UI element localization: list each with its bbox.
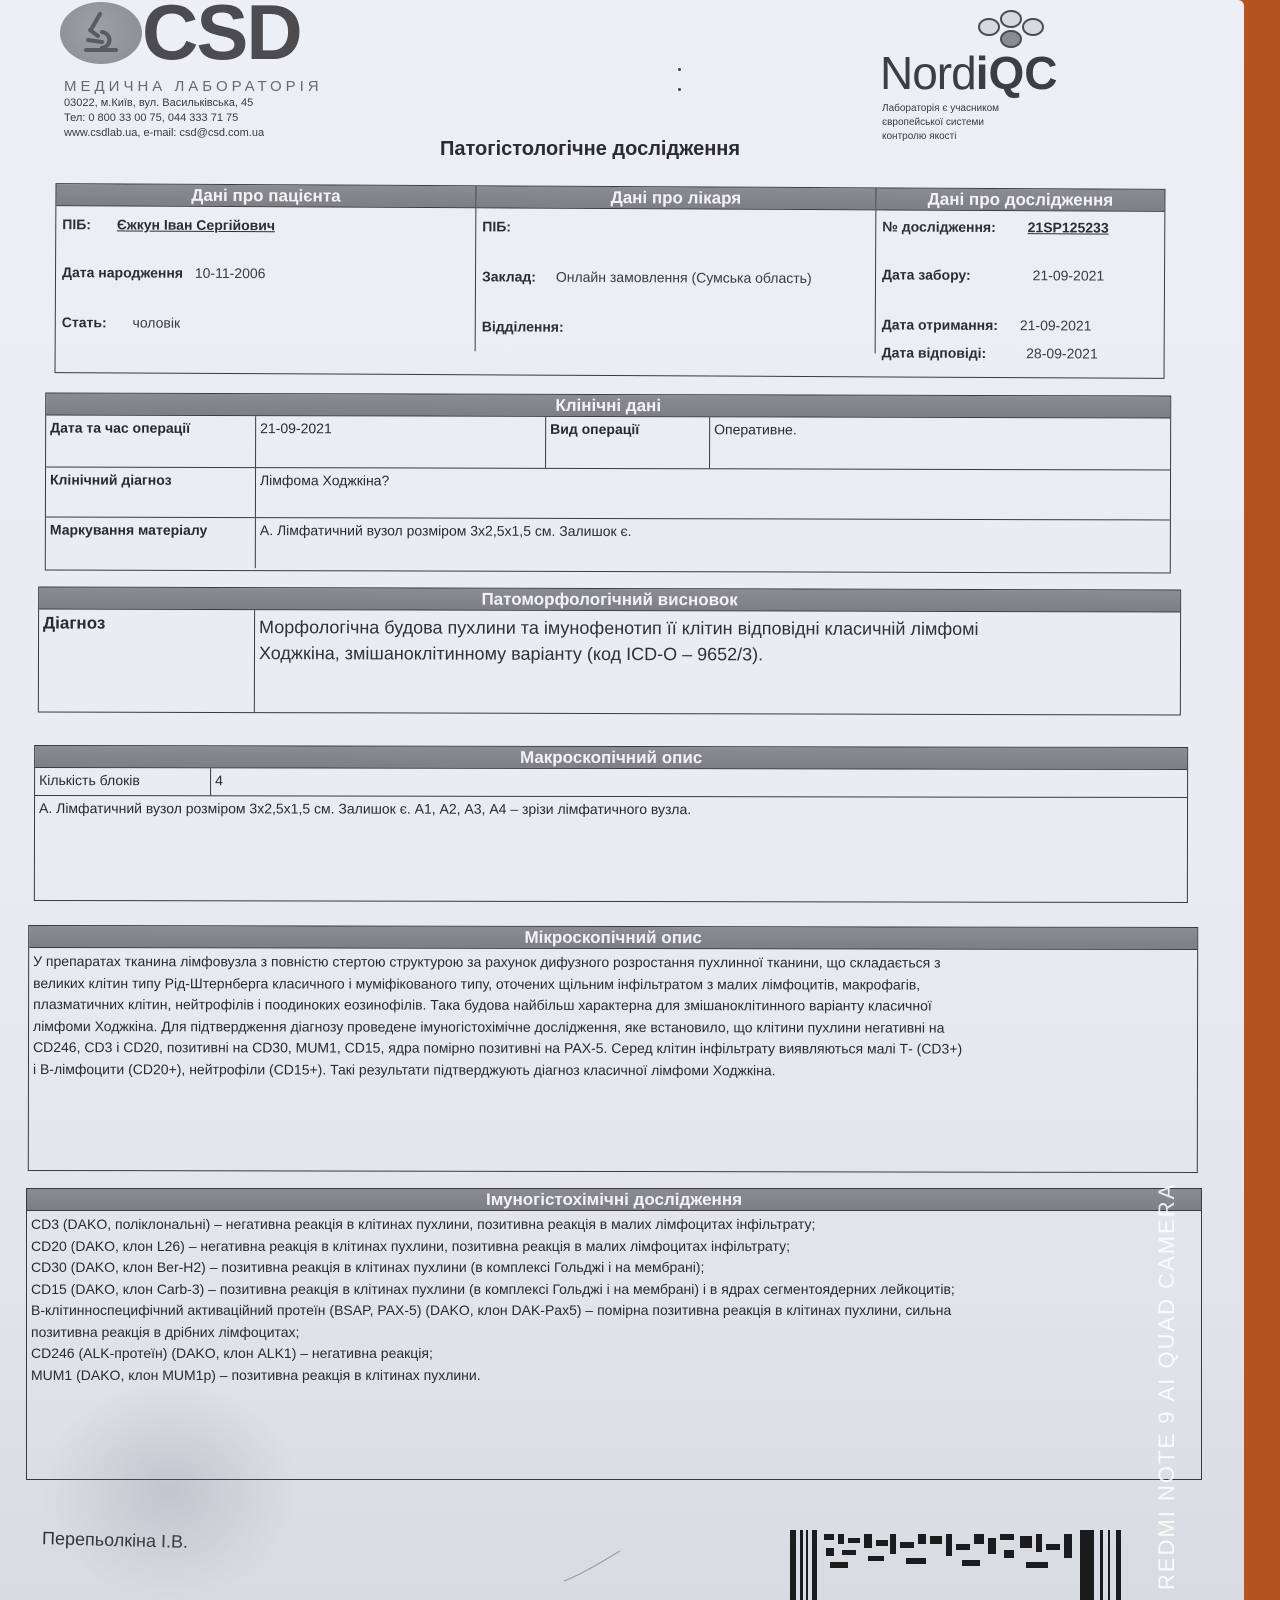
patient-name-label: ПІБ: [62, 216, 91, 232]
speck [678, 88, 681, 91]
study-number: 21SP125233 [1028, 219, 1109, 235]
patient-column: Дані про пацієнта ПІБ: Єжкун Іван Сергій… [56, 184, 477, 351]
lab-web: www.csdlab.ua, e-mail: csd@csd.com.ua [64, 126, 264, 141]
clinical-diagnosis-label: Клінічний діагноз [46, 468, 256, 518]
micro-header: Мікроскопічний опис [29, 926, 1197, 950]
study-column: Дані про дослідження № дослідження: 21SP… [876, 188, 1165, 355]
doctor-facility: Онлайн замовлення (Сумська область) [556, 269, 812, 286]
conclusion-label: Діагноз [39, 610, 255, 713]
study-collected-label: Дата забору: [882, 266, 971, 282]
material-marking: А. Лімфатичний вузол розміром 3х2,5х1,5 … [256, 518, 1170, 570]
camera-watermark: REDMI NOTE 9 AI QUAD CAMERA [1150, 1290, 1220, 1590]
ihc-text: CD3 (DAKO, поліклональні) – негативна ре… [27, 1211, 1201, 1389]
micro-text: У препаратах тканина лімфовузла з повніс… [29, 948, 1197, 1085]
patient-dob: 10-11-2006 [195, 265, 266, 281]
macro-header: Макроскопічний опис [35, 746, 1187, 770]
patient-header: Дані про пацієнта [56, 184, 475, 208]
lab-subtitle: МЕДИЧНА ЛАБОРАТОРІЯ [64, 78, 323, 95]
op-type: Оперативне. [710, 417, 1170, 469]
nordiqc-logo: NordiQC Лабораторія є учасником європейс… [880, 8, 1120, 148]
doctor-header: Дані про лікаря [476, 186, 875, 210]
patient-name: Єжкун Іван Сергійович [117, 216, 275, 233]
blocks-count-label: Кількість блоків [35, 768, 211, 795]
clinical-header: Клінічні дані [46, 394, 1170, 419]
info-section: Дані про пацієнта ПІБ: Єжкун Іван Сергій… [55, 183, 1166, 379]
macro-text: А. Лімфатичний вузол розміром 3х2,5х1,5 … [35, 796, 1187, 902]
clinical-diagnosis: Лімфома Ходжкіна? [256, 468, 1170, 519]
ihc-section: Імуногістохімічні дослідження CD3 (DAKO,… [26, 1188, 1202, 1480]
conclusion-text: Морфологічна будова пухлини та імунофено… [255, 610, 1180, 714]
micro-section: Мікроскопічний опис У препаратах тканина… [28, 925, 1198, 1173]
patient-sex-label: Стать: [62, 314, 107, 330]
lab-phone: Тел: 0 800 33 00 75, 044 333 71 75 [64, 111, 264, 126]
patient-dob-label: Дата народження [62, 264, 183, 281]
op-datetime-label: Дата та час операції [46, 416, 256, 468]
doctor-facility-label: Заклад: [482, 268, 536, 284]
study-received-label: Дата отримання: [882, 316, 998, 333]
lab-contacts: 03022, м.Київ, вул. Васильківська, 45 Те… [64, 96, 264, 141]
doctor-department-label: Відділення: [482, 318, 564, 334]
study-received: 21-09-2021 [1020, 317, 1092, 333]
signature-mark [560, 1545, 640, 1585]
ihc-header: Імуногістохімічні дослідження [27, 1189, 1201, 1211]
conclusion-section: Патоморфологічний висновок Діагноз Морфо… [38, 587, 1181, 716]
barcode-icon [790, 1530, 1140, 1600]
study-header: Дані про дослідження [876, 188, 1164, 212]
report-page: CSD МЕДИЧНА ЛАБОРАТОРІЯ 03022, м.Київ, в… [0, 0, 1244, 1600]
clinical-section: Клінічні дані Дата та час операції 21-09… [45, 393, 1171, 574]
lab-address: 03022, м.Київ, вул. Васильківська, 45 [64, 96, 264, 111]
study-response: 28-09-2021 [1026, 345, 1098, 361]
nordiqc-note: Лабораторія є учасником європейської сис… [882, 102, 999, 144]
microscope-icon [60, 2, 142, 64]
doctor-column: Дані про лікаря ПІБ: Заклад: Онлайн замо… [476, 186, 877, 353]
macro-section: Макроскопічний опис Кількість блоків 4 А… [34, 745, 1188, 903]
nordiqc-wordmark: NordiQC [880, 48, 1058, 98]
study-collected: 21-09-2021 [1033, 267, 1105, 283]
blocks-count: 4 [211, 768, 1187, 797]
conclusion-header: Патоморфологічний висновок [39, 588, 1180, 613]
csd-logo: CSD [60, 0, 360, 80]
material-marking-label: Маркування матеріалу [46, 518, 256, 569]
document-title: Патогістологічне дослідження [440, 138, 740, 161]
doctor-name-label: ПІБ: [482, 218, 511, 234]
patient-sex: чоловік [133, 315, 181, 331]
lab-name: CSD [142, 0, 301, 72]
op-datetime: 21-09-2021 [256, 416, 546, 468]
speck [678, 68, 681, 71]
study-response-label: Дата відповіді: [882, 344, 987, 361]
signatory-name: Перепьолкіна І.В. [42, 1528, 189, 1553]
study-number-label: № дослідження: [882, 218, 996, 235]
op-type-label: Вид операції [546, 417, 710, 468]
